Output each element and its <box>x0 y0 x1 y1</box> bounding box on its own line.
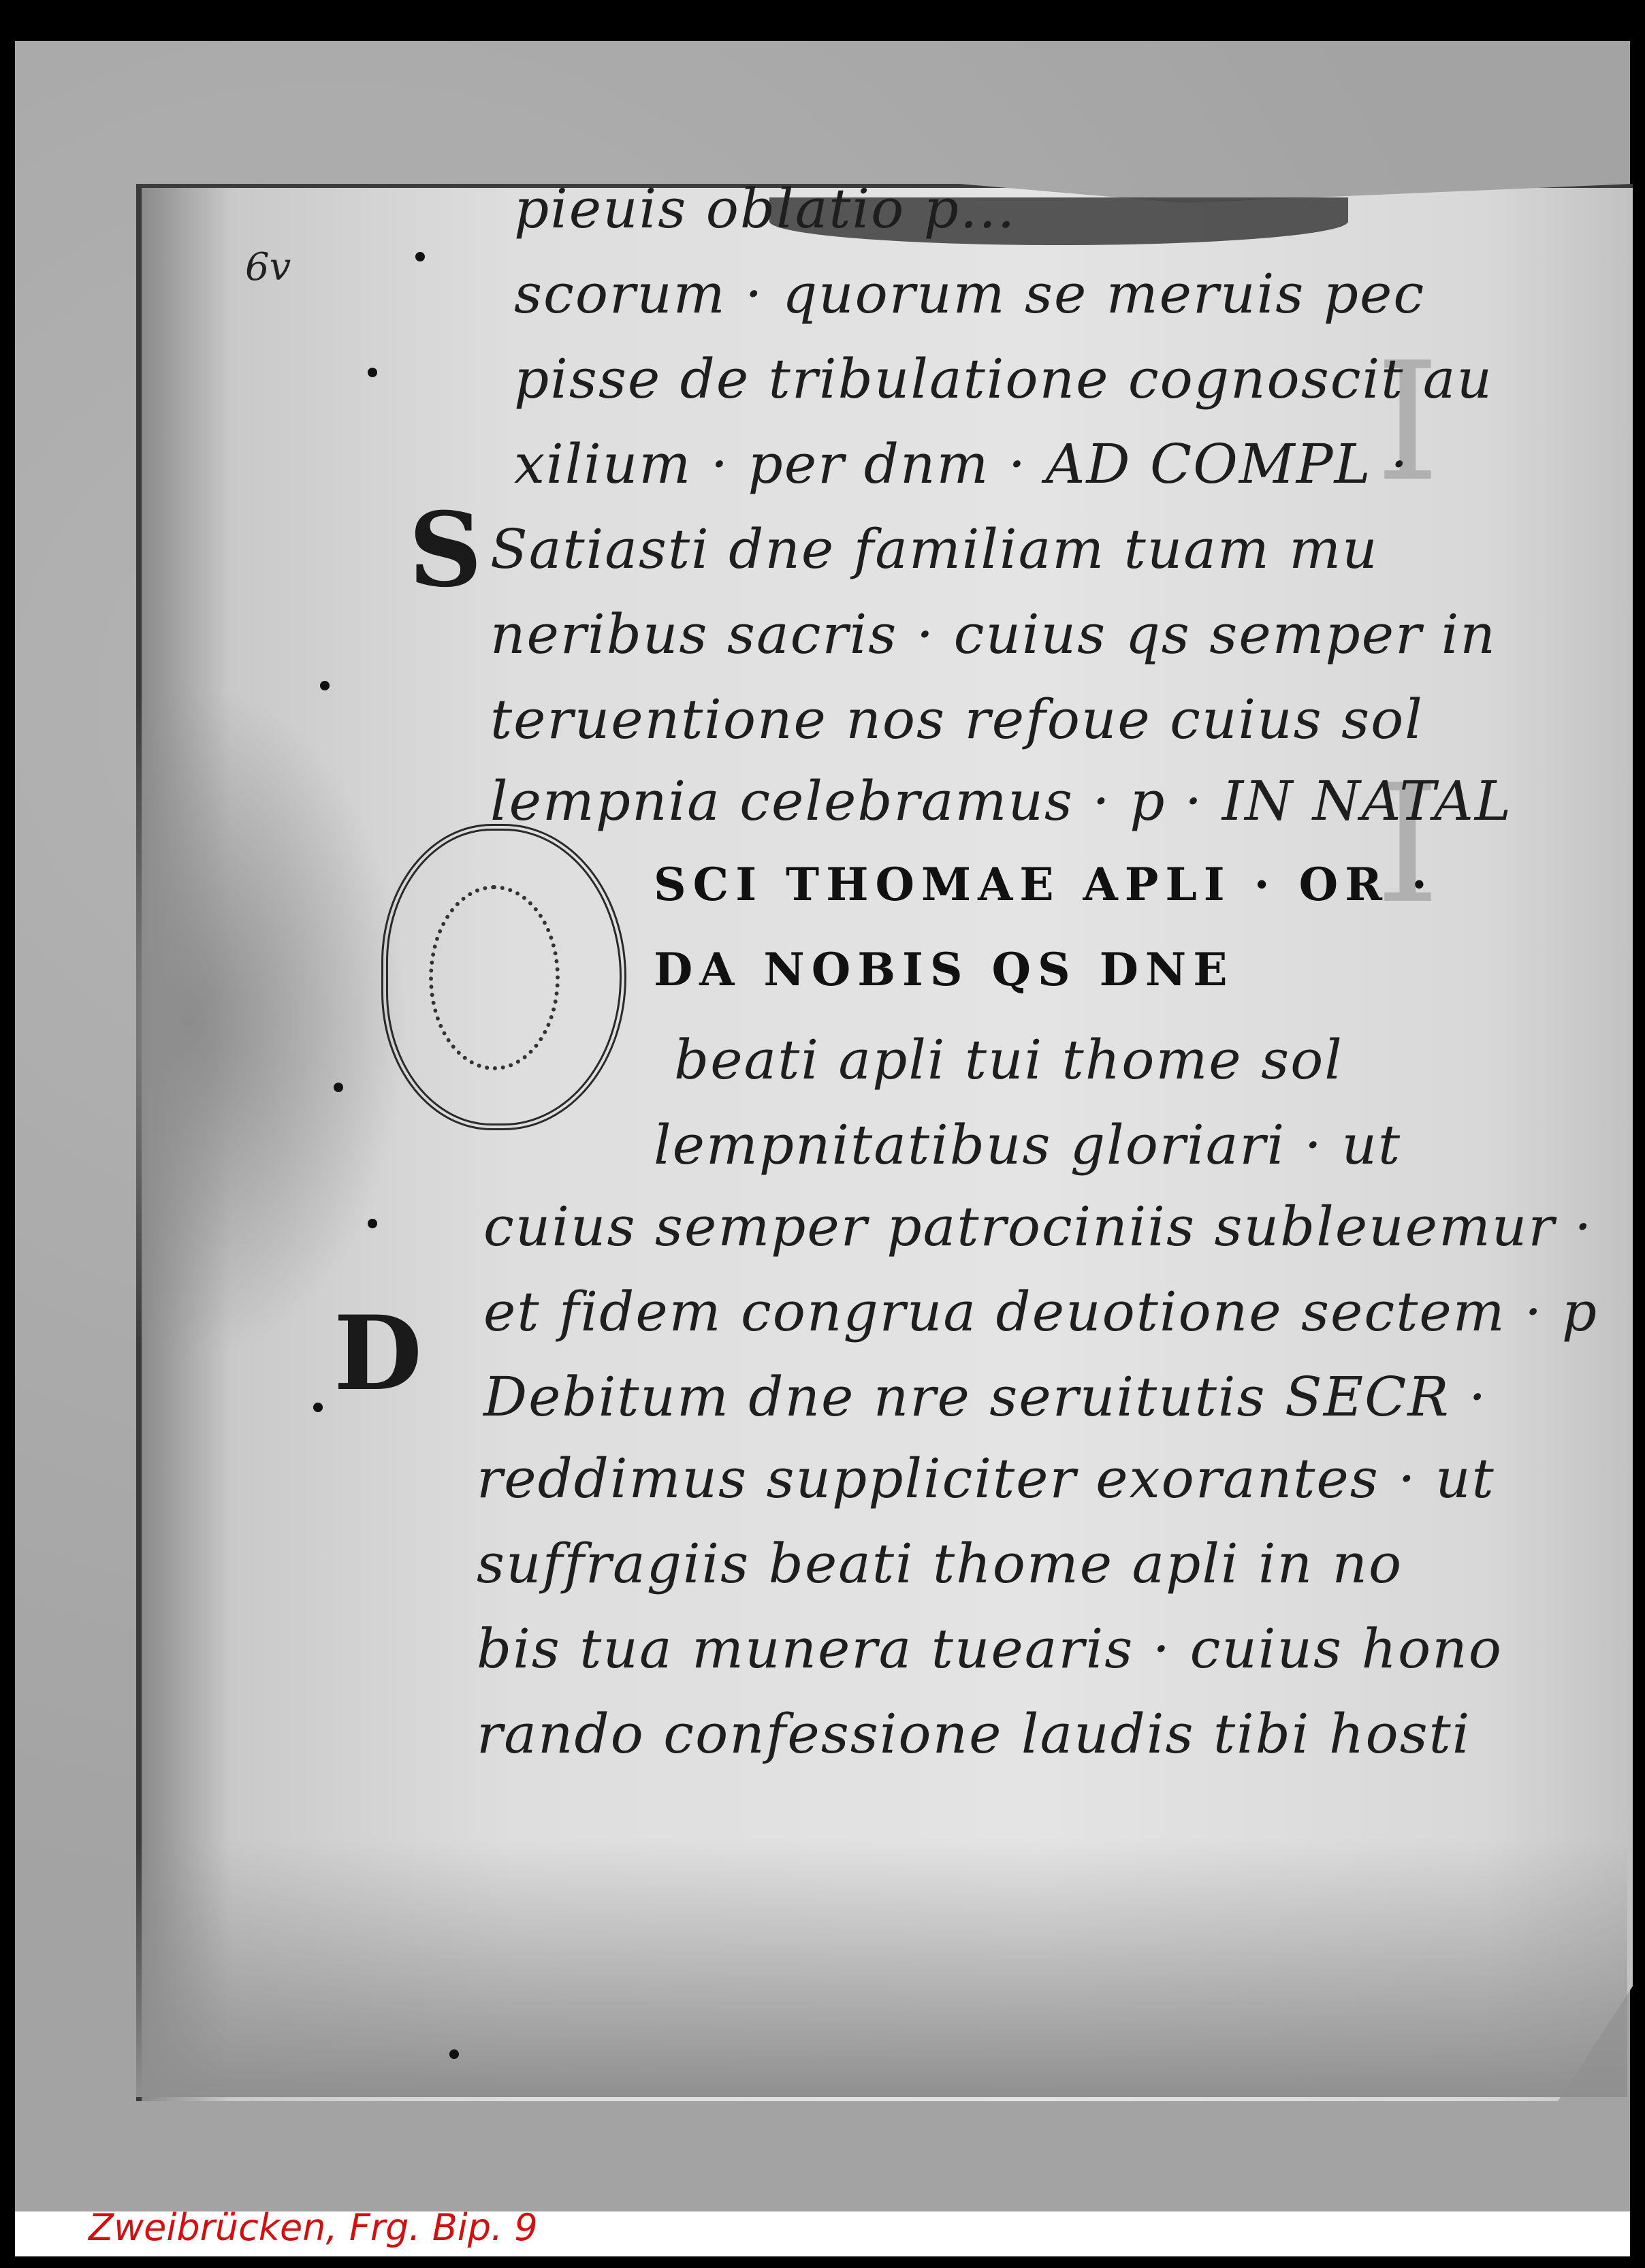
text-line: rando confessione laudis tibi hosti <box>477 1702 1471 1766</box>
initial-s: S <box>409 490 482 610</box>
text-line: Satiasti dne familiam tuam mu <box>490 517 1379 581</box>
text-line: pisse de tribulatione cognoscit au <box>514 347 1493 411</box>
rubric-line: SCI THOMAE APLI · OR · <box>654 858 1434 911</box>
pricking-dot <box>368 1219 377 1228</box>
text-line: beati apli tui thome sol <box>674 1028 1343 1091</box>
text-line: lempnia celebramus · p · IN NATAL <box>490 769 1512 833</box>
pricking-dot <box>368 368 377 377</box>
text-line: Debitum dne nre seruitutis SECR · <box>483 1365 1487 1428</box>
text-line: lempnitatibus gloriari · ut <box>654 1113 1401 1177</box>
stain-bottom <box>136 1838 1627 2097</box>
text-line: scorum · quorum se meruis pec <box>514 262 1425 325</box>
pricking-dot <box>449 2049 459 2059</box>
text-line: neribus sacris · cuius qs semper in <box>490 603 1497 666</box>
initial-d: D <box>334 1294 422 1413</box>
decorated-initial-d <box>381 824 626 1130</box>
text-line: teruentione nos refoue cuius sol <box>490 688 1424 751</box>
pricking-dot <box>415 252 425 261</box>
text-line: xilium · per dnm · AD COMPL · <box>514 432 1409 496</box>
text-line: et fidem congrua deuotione sectem · p <box>483 1280 1598 1343</box>
text-line: suffragiis beati thome apli in no <box>477 1532 1403 1595</box>
pricking-dot <box>334 1083 343 1092</box>
rubric-line: DA NOBIS QS DNE <box>654 943 1234 996</box>
folio-number: 6v <box>245 245 291 289</box>
text-line: cuius semper patrociniis subleuemur · <box>483 1195 1593 1258</box>
stain-left <box>136 681 409 1362</box>
text-line: bis tua munera tuearis · cuius hono <box>477 1617 1503 1680</box>
shelfmark-caption: Zweibrücken, Frg. Bip. 9 <box>89 2206 538 2249</box>
text-line: reddimus suppliciter exorantes · ut <box>477 1447 1495 1510</box>
pricking-dot <box>320 681 330 690</box>
pricking-dot <box>313 1403 323 1412</box>
text-line: pieuis oblatio p... <box>514 177 1016 240</box>
